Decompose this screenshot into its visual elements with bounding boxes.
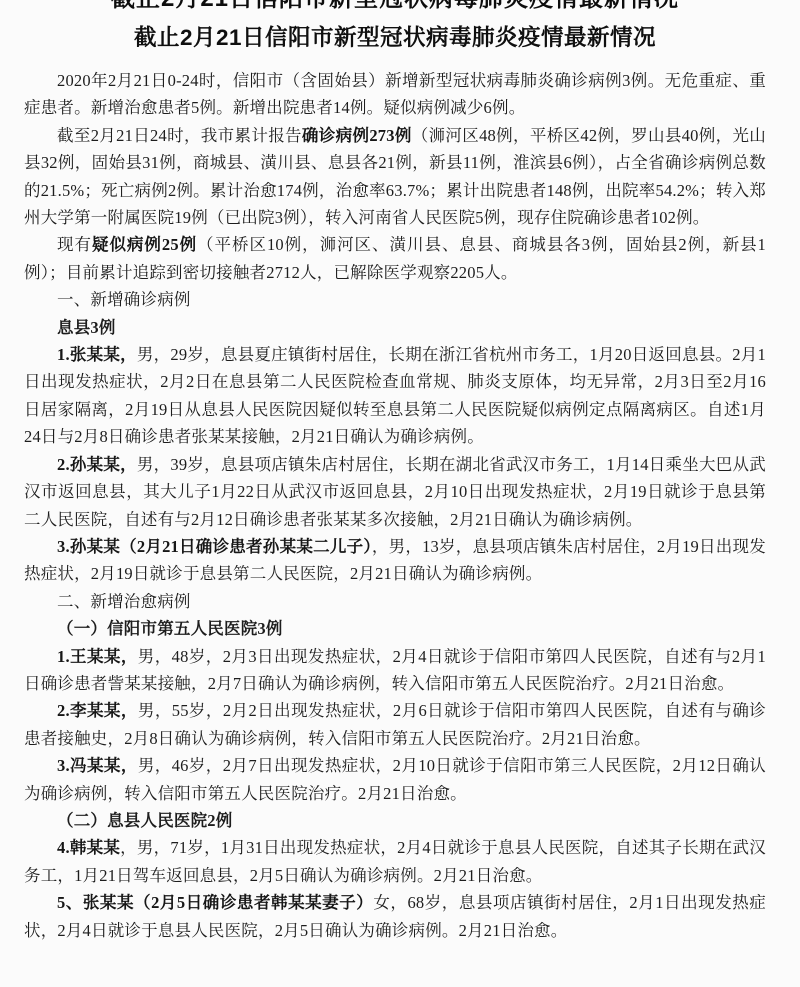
case-lead: 2.李某某， [57, 701, 138, 720]
cured-case-paragraph-5: 5、张某某（2月5日确诊患者韩某某妻子）女，68岁，息县项店镇街村居住，2月1日… [24, 889, 766, 944]
cured-case-paragraph-4: 4.韩某某，男，71岁，1月31日出现发热症状，2月4日就诊于息县人民医院，自述… [24, 834, 766, 889]
subheading-fifth-peoples-hospital: （一）信阳市第五人民医院3例 [24, 615, 766, 642]
suspected-total-highlight: 疑似病例25例 [92, 235, 197, 254]
case-lead: 4.韩某某 [57, 838, 120, 857]
paragraph-daily-summary: 2020年2月21日0-24时，信阳市（含固始县）新增新型冠状病毒肺炎确诊病例3… [24, 67, 766, 122]
paragraph-suspected-summary: 现有疑似病例25例（平桥区10例，浉河区、潢川县、息县、商城县各3例，固始县2例… [24, 231, 766, 286]
case-paragraph-3: 3.孙某某（2月21日确诊患者孙某某二儿子），男，13岁，息县项店镇朱店村居住，… [24, 533, 766, 588]
case-lead: 1.张某某， [57, 345, 137, 364]
section-heading-new-cured: 二、新增治愈病例 [24, 588, 766, 615]
cropped-previous-line: 截止2月21日信阳市新型冠状病毒肺炎疫情最新情况 [24, 0, 766, 9]
case-lead: 1.王某某， [57, 647, 138, 666]
case-paragraph-2: 2.孙某某，男，39岁，息县项店镇朱店村居住，长期在湖北省武汉市务工，1月14日… [24, 451, 766, 533]
cured-case-paragraph-1: 1.王某某，男，48岁，2月3日出现发热症状，2月4日就诊于信阳市第四人民医院，… [24, 643, 766, 698]
text-segment: 现有 [57, 235, 92, 254]
paragraph-cumulative-summary: 截至2月21日24时，我市累计报告确诊病例273例（浉河区48例，平桥区42例，… [24, 122, 766, 232]
case-lead: 2.孙某某， [57, 455, 137, 474]
cropped-text-fragment: 截止2月21日信阳市新型冠状病毒肺炎疫情最新情况 [111, 0, 679, 9]
case-lead: 3.孙某某（2月21日确诊患者孙某某二儿子） [57, 537, 372, 556]
cured-case-paragraph-3: 3.冯某某，男，46岁，2月7日出现发热症状，2月10日就诊于信阳市第三人民医院… [24, 752, 766, 807]
section-heading-new-confirmed: 一、新增确诊病例 [24, 286, 766, 313]
text-segment: 截至2月21日24时，我市累计报告 [57, 126, 302, 145]
section-new-cured-cases: 二、新增治愈病例 （一）信阳市第五人民医院3例 1.王某某，男，48岁，2月3日… [24, 588, 766, 944]
confirmed-total-highlight: 确诊病例273例 [302, 126, 412, 145]
document-title: 截止2月21日信阳市新型冠状病毒肺炎疫情最新情况 [24, 20, 766, 52]
case-lead: 3.冯某某， [57, 756, 138, 775]
cured-case-paragraph-2: 2.李某某，男，55岁，2月2日出现发热症状，2月6日就诊于信阳市第四人民医院，… [24, 697, 766, 752]
case-paragraph-1: 1.张某某，男，29岁，息县夏庄镇街村居住，长期在浙江省杭州市务工，1月20日返… [24, 341, 766, 451]
case-lead: 5、张某某（2月5日确诊患者韩某某妻子） [57, 893, 373, 912]
subheading-xixian-peoples-hospital: （二）息县人民医院2例 [24, 807, 766, 834]
case-body: ，男，71岁，1月31日出现发热症状，2月4日就诊于息县人民医院，自述其子长期在… [24, 838, 766, 884]
epidemic-report-document: 截止2月21日信阳市新型冠状病毒肺炎疫情最新情况 截止2月21日信阳市新型冠状病… [0, 0, 800, 987]
subheading-xixian-3-cases: 息县3例 [24, 314, 766, 341]
section-new-confirmed-cases: 一、新增确诊病例 息县3例 1.张某某，男，29岁，息县夏庄镇街村居住，长期在浙… [24, 286, 766, 587]
